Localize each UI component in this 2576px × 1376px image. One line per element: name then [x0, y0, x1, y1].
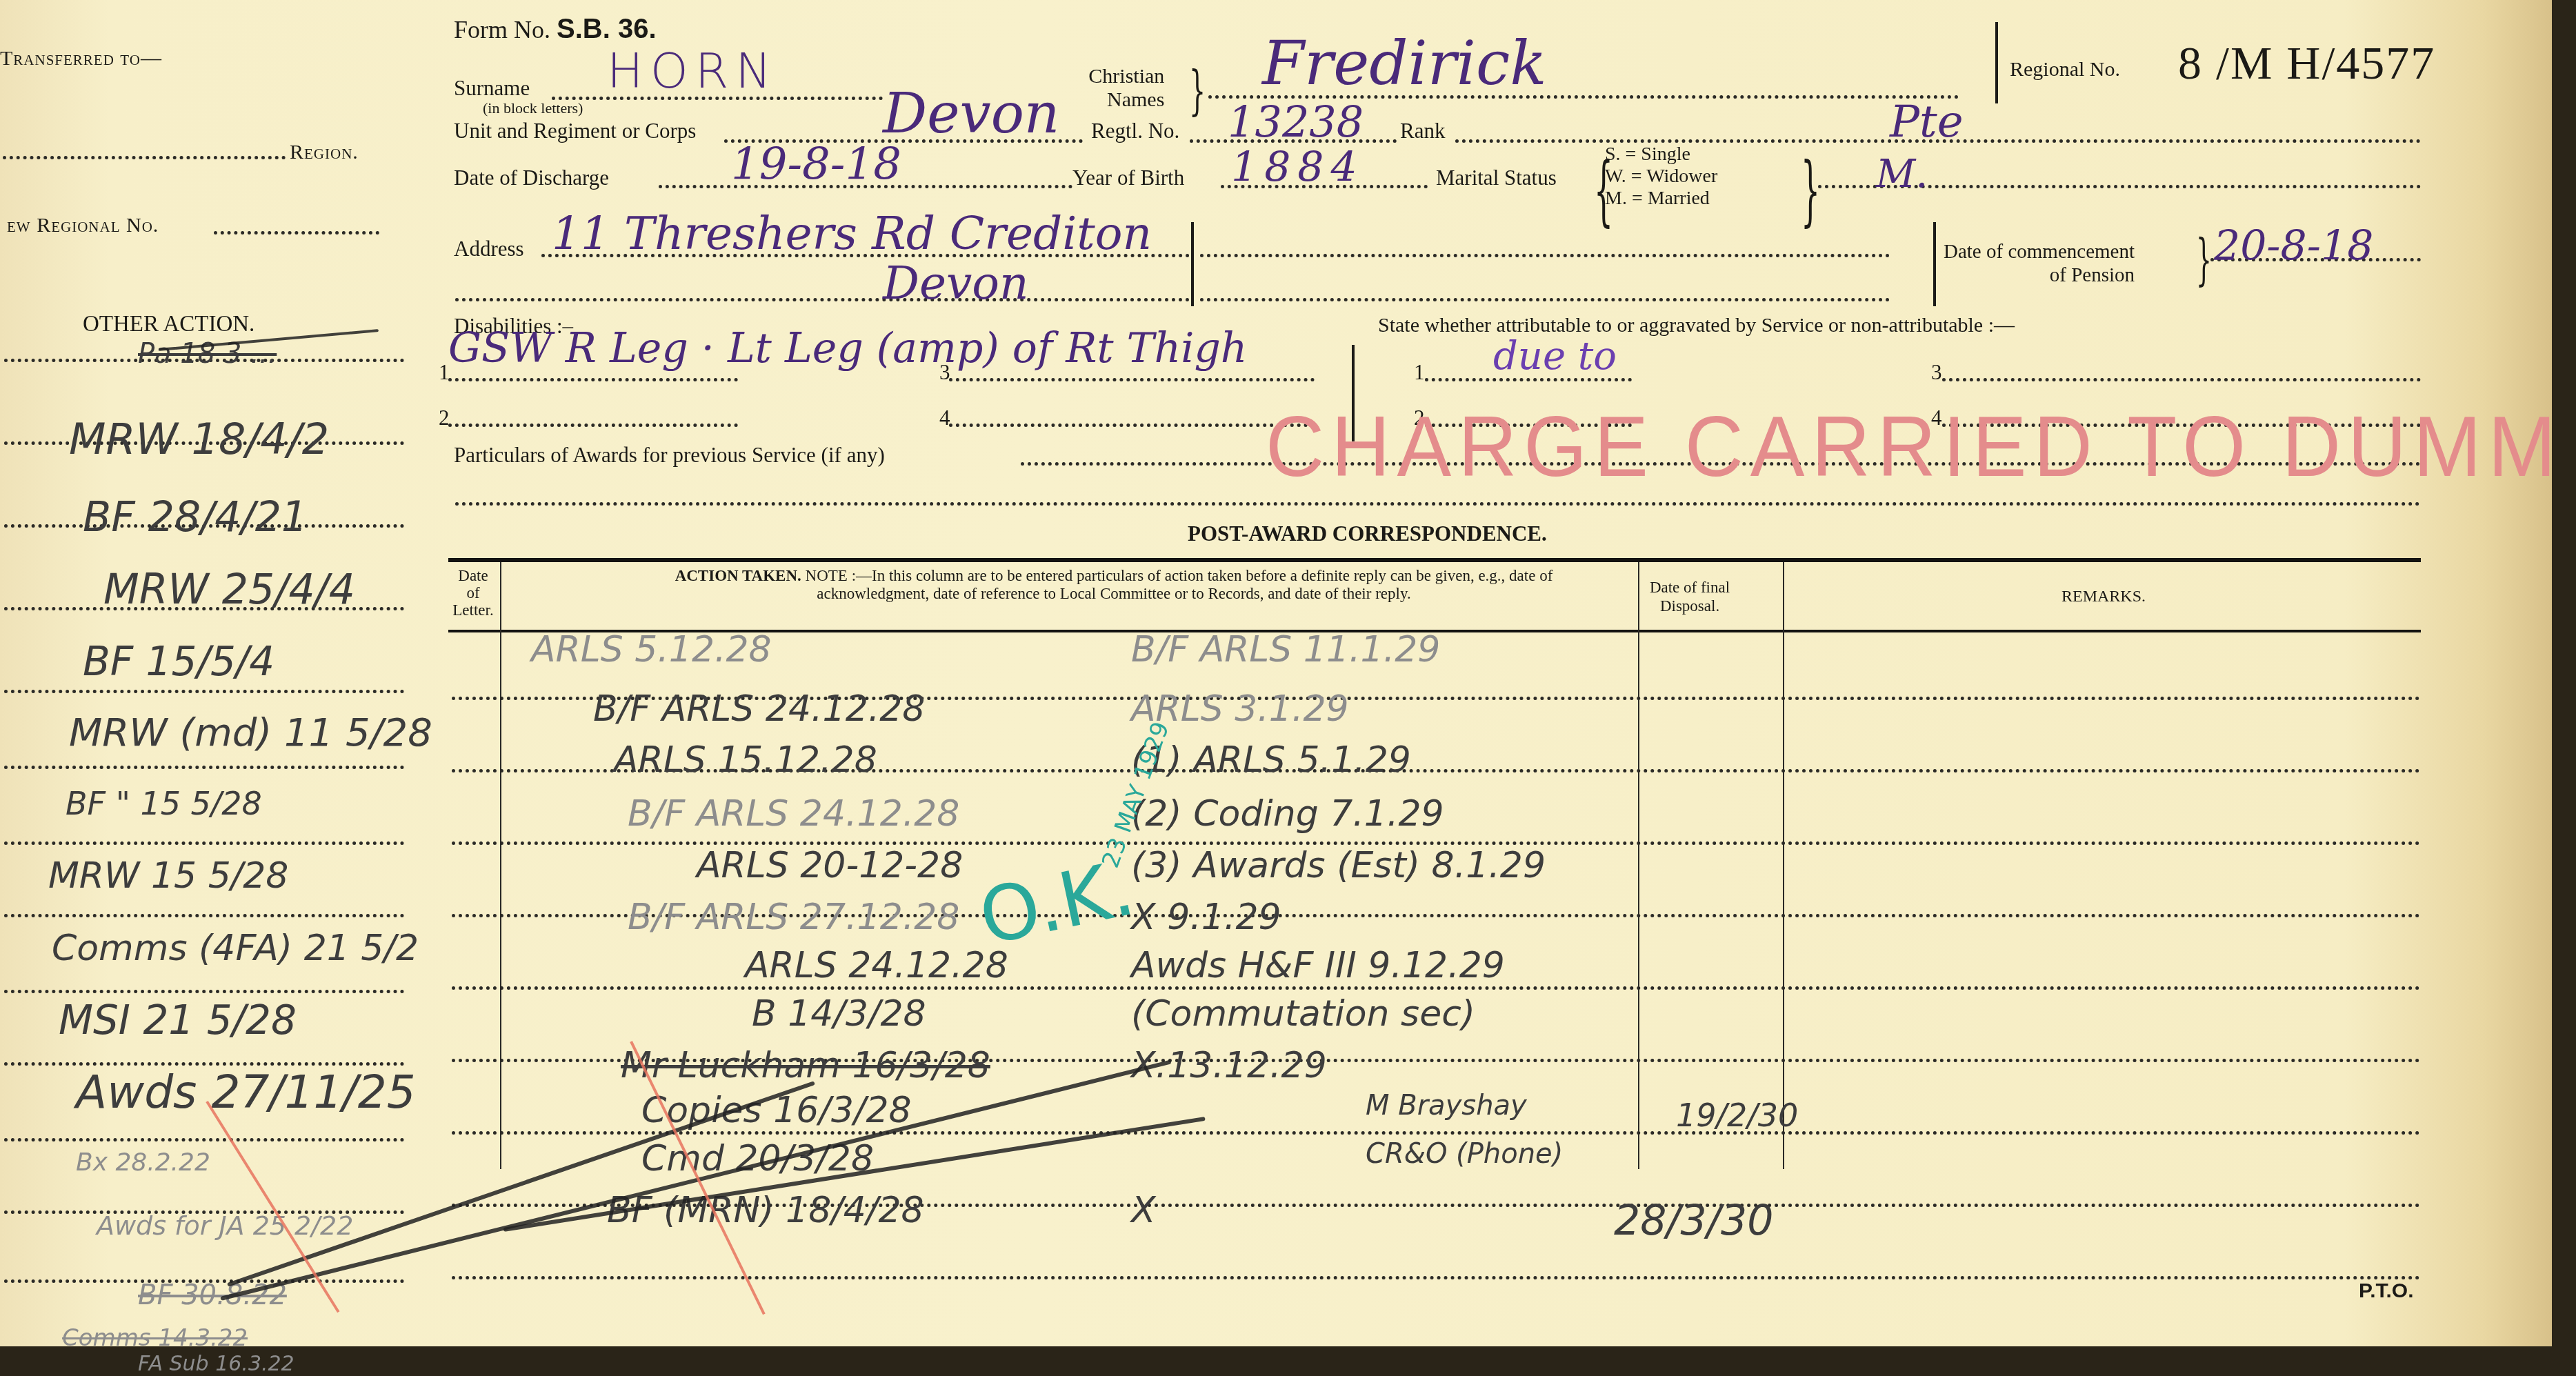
action-reply-entry: M Brayshay [1366, 1090, 1527, 1121]
other-action-entry: Comms (4FA) 21 5/2 [52, 928, 419, 969]
attributable-label: State whether attributable to or aggrava… [1378, 314, 2015, 337]
regtl-no-value: 13238 [1228, 97, 1364, 147]
action-entry: B/F ARLS 24.12.28 [628, 793, 959, 835]
address-right-dotted-2 [1200, 298, 1890, 301]
address-line-1: 11 Threshers Rd Crediton [552, 207, 1152, 260]
date-of-letter-h3: Letter. [448, 601, 498, 619]
date-of-letter-header: Date of Letter. [448, 567, 498, 619]
region-label: Region. [290, 141, 359, 164]
pension-date-value: 20-8-18 [2214, 222, 2373, 270]
marital-option-married: M. = Married [1605, 188, 1717, 210]
action-reply-entry: (Commutation sec) [1131, 993, 1475, 1035]
surname-value: HORN [607, 43, 779, 99]
correspondence-title: POST-AWARD CORRESPONDENCE. [1188, 521, 1547, 546]
christian-names-value: Fredirick [1262, 28, 1547, 99]
action-entry: B/F ARLS 24.12.28 [593, 688, 925, 730]
attrib-3-dotted [1942, 378, 2421, 381]
other-action-entry: BF " 15 5/28 [66, 785, 262, 822]
region-dotted-line [3, 156, 286, 159]
other-action-dotted-line [4, 690, 404, 693]
christian-brace-icon: } [1189, 59, 1206, 121]
pto-label: P.T.O. [2359, 1279, 2413, 1303]
form-number: Form No. S.B. 36. [454, 14, 657, 45]
action-entry: ARLS 20-12-28 [697, 845, 963, 886]
final-disposal-date: 28/3/30 [1614, 1197, 1773, 1245]
regtl-no-label: Regtl. No. [1091, 119, 1179, 143]
marital-status-label: Marital Status [1436, 166, 1557, 190]
christian-label-line1: Christian [1079, 65, 1164, 88]
col-divider-disposal [1783, 562, 1784, 1169]
address-right-dotted-1 [1200, 254, 1890, 257]
year-of-birth-label: Year of Birth [1072, 166, 1184, 190]
address-divider [1191, 222, 1194, 306]
marital-option-widower: W. = Widower [1605, 166, 1717, 188]
final-disposal-header: Date of final Disposal. [1641, 578, 1738, 615]
regional-no-value: 8 /M H/4577 [2178, 36, 2435, 90]
action-reply-entry: B/F ARLS 11.1.29 [1131, 629, 1440, 670]
action-entry: BF (MRN) 18/4/28 [607, 1190, 924, 1231]
col-divider-date [500, 562, 501, 1169]
christian-label-line2: Names [1079, 88, 1164, 112]
address-dotted-line-2 [455, 298, 1190, 301]
action-entry: ARLS 5.12.28 [531, 629, 772, 670]
regional-no-label: Regional No. [2010, 58, 2120, 81]
transferred-to-label: Transferred to— [0, 47, 162, 70]
other-action-dotted-line [4, 914, 404, 917]
action-reply-entry: X 9.1.29 [1131, 897, 1281, 938]
action-entry: B/F ARLS 27.12.28 [628, 897, 959, 938]
action-reply-entry: (3) Awards (Est) 8.1.29 [1131, 845, 1546, 886]
other-action-entry: MRW 15 5/28 [48, 855, 288, 897]
other-action-entry: Comms 14.3.22 [62, 1324, 248, 1346]
action-reply-entry: Awds H&F III 9.12.29 [1131, 945, 1505, 986]
action-taken-note: NOTE :—In this column are to be entered … [806, 567, 1553, 602]
christian-names-label: Christian Names [1079, 65, 1164, 112]
regional-divider [1995, 22, 1998, 103]
discharge-value: 19-8-18 [731, 139, 901, 190]
other-action-entry: BF 15/5/4 [83, 638, 274, 685]
other-action-dotted-line [4, 990, 404, 993]
other-action-entry: MRW (md) 11 5/28 [69, 710, 432, 755]
final-disposal-h2: Disposal. [1641, 597, 1738, 615]
new-regional-no-dotted-line [214, 231, 379, 235]
action-reply-entry: CR&O (Phone) [1366, 1138, 1563, 1170]
pension-label-line2: of Pension [1944, 263, 2135, 287]
remarks-header: REMARKS. [1786, 588, 2421, 606]
awards-previous-label: Particulars of Awards for previous Servi… [454, 443, 885, 468]
form-no-label: Form No. [454, 16, 550, 43]
other-action-entry: BF 28/4/21 [83, 493, 308, 541]
form-no-value: S.B. 36. [557, 14, 657, 44]
other-action-entry: Pa 18 3 ... [138, 338, 277, 370]
pension-label-line1: Date of commencement [1944, 240, 2135, 263]
other-action-dotted-line [4, 766, 404, 769]
birth-year-value: 1884 [1231, 143, 1364, 192]
action-entry: B 14/3/28 [752, 993, 926, 1035]
charge-carried-stamp: CHARGE CARRIED TO DUMM [1266, 398, 2563, 497]
correspondence-dotted-line [452, 986, 2421, 990]
awards-dotted-2 [455, 502, 2421, 506]
date-of-letter-h1: Date [448, 567, 498, 584]
other-action-entry: Awds for JA 25 2/22 [97, 1210, 353, 1241]
action-reply-entry: (1) ARLS 5.1.29 [1131, 739, 1411, 781]
marital-option-single: S. = Single [1605, 143, 1717, 166]
date-of-letter-h2: of [448, 584, 498, 601]
unit-value: Devon [883, 81, 1059, 146]
final-disposal-date: 19/2/30 [1676, 1097, 1798, 1134]
action-reply-entry: (2) Coding 7.1.29 [1131, 793, 1444, 835]
other-action-entry: MRW 18/4/2 [69, 414, 329, 464]
other-action-heading: OTHER ACTION. [83, 312, 254, 337]
other-action-dotted-line [4, 841, 404, 845]
disability-4-dotted [949, 423, 1315, 427]
unit-label: Unit and Regiment or Corps [454, 119, 696, 143]
action-taken-bold: ACTION TAKEN. [675, 567, 801, 584]
disability-2-dotted [448, 423, 738, 427]
other-action-entry: MSI 21 5/28 [59, 997, 297, 1044]
surname-label: Surname [454, 76, 530, 101]
other-action-dotted-line [4, 1138, 404, 1141]
address-line-2: Devon [883, 257, 1029, 310]
attrib-number-3: 3 [1931, 360, 1942, 385]
attrib-1-value: due to [1493, 334, 1617, 379]
pension-brace-icon: } [2196, 228, 2212, 292]
disability-1-dotted [448, 378, 738, 381]
attrib-number-1: 1 [1414, 360, 1425, 385]
marital-status-value: M. [1876, 152, 1928, 197]
address-label: Address [454, 237, 524, 261]
action-reply-entry: X [1131, 1190, 1156, 1231]
rank-value: Pte [1890, 97, 1964, 148]
col-divider-action [1638, 562, 1639, 1169]
other-action-entry: BF 30.8.22 [138, 1279, 287, 1311]
new-regional-no-label: ew Regional No. [7, 214, 159, 237]
other-action-entry: MRW 25/4/4 [103, 566, 355, 614]
marital-brace-right-icon: } [1801, 146, 1820, 235]
action-entry: Mr Luckham 16/3/28 [621, 1045, 990, 1086]
pension-commencement-label: Date of commencement of Pension [1944, 240, 2135, 287]
pension-divider [1933, 222, 1936, 306]
correspondence-dotted-line [452, 1131, 2421, 1135]
disability-1-value: GSW R Leg · Lt Leg (amp) of Rt Thigh [448, 324, 1248, 372]
action-entry: ARLS 24.12.28 [745, 945, 1008, 986]
rank-label: Rank [1400, 119, 1445, 143]
pension-record-card: Transferred to— Region. ew Regional No. … [0, 0, 2552, 1346]
final-disposal-h1: Date of final [1641, 578, 1738, 597]
other-action-entry: Bx 28.2.22 [76, 1148, 210, 1177]
action-taken-header: ACTION TAKEN. NOTE :—In this column are … [617, 567, 1610, 603]
other-action-entry: Awds 27/11/25 [76, 1066, 416, 1119]
surname-sublabel: (in block letters) [483, 99, 583, 117]
discharge-label: Date of Discharge [454, 166, 609, 190]
action-entry: ARLS 15.12.28 [614, 739, 877, 781]
table-top-rule [448, 558, 2421, 562]
disability-3-dotted [949, 378, 1315, 381]
marital-options: S. = Single W. = Widower M. = Married [1605, 143, 1717, 210]
